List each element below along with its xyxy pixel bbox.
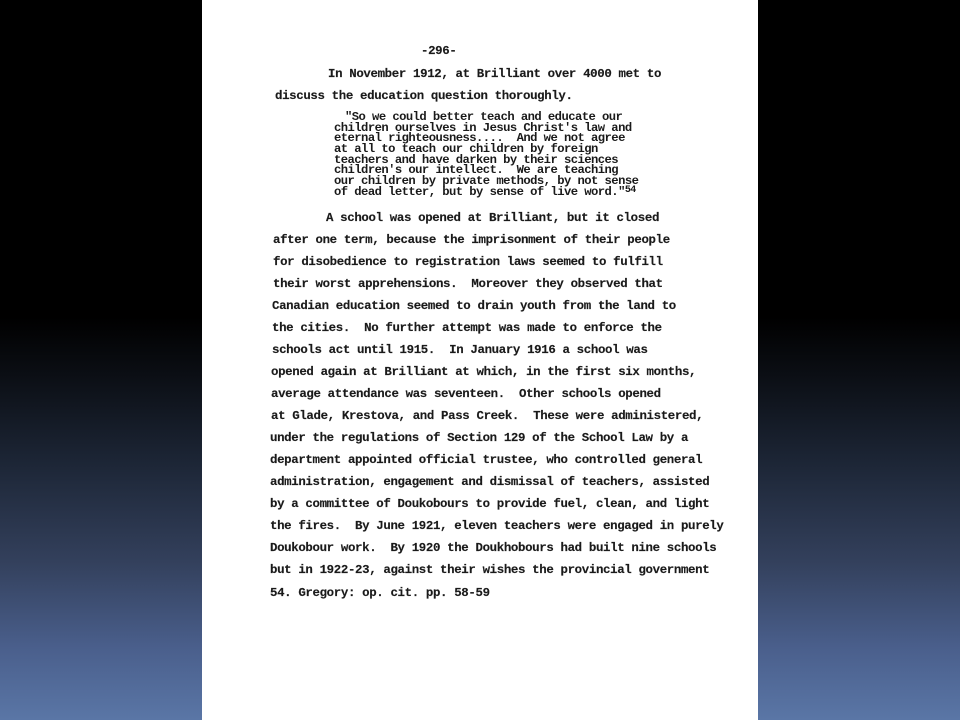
paragraph2-line: the fires. By June 1921, eleven teachers… [270, 519, 723, 533]
paragraph2-line: opened again at Brilliant at which, in t… [271, 365, 696, 379]
paragraph2-line: by a committee of Doukobours to provide … [270, 497, 709, 511]
quote-line: of dead letter, but by sense of live wor… [334, 186, 636, 198]
paragraph2-line: A school was opened at Brilliant, but it… [326, 211, 659, 225]
paragraph2-line: average attendance was seventeen. Other … [271, 387, 661, 401]
paragraph2-line: administration, engagement and dismissal… [270, 475, 709, 489]
paragraph2-line: for disobedience to registration laws se… [273, 255, 663, 269]
footnote: 54. Gregory: op. cit. pp. 58-59 [270, 586, 490, 600]
paragraph2-line: schools act until 1915. In January 1916 … [272, 343, 648, 357]
document-page: -296- In November 1912, at Brilliant ove… [202, 0, 758, 720]
quote-line-text: of dead letter, but by sense of live wor… [334, 185, 625, 199]
paragraph2-line: Canadian education seemed to drain youth… [272, 299, 676, 313]
paragraph2-line: Doukobour work. By 1920 the Doukhobours … [270, 541, 716, 555]
paragraph2-line: their worst apprehensions. Moreover they… [273, 277, 663, 291]
paragraph2-line: at Glade, Krestova, and Pass Creek. Thes… [271, 409, 703, 423]
paragraph2-line: under the regulations of Section 129 of … [270, 431, 688, 445]
page-number: -296- [421, 44, 456, 58]
paragraph2-line: department appointed official trustee, w… [270, 453, 702, 467]
paragraph2-line: but in 1922-23, against their wishes the… [270, 563, 709, 577]
paragraph2-line: the cities. No further attempt was made … [272, 321, 662, 335]
paragraph1-line: In November 1912, at Brilliant over 4000… [328, 67, 661, 81]
paragraph2-line: after one term, because the imprisonment… [273, 233, 670, 247]
footnote-reference: 54 [625, 185, 636, 196]
paragraph1-line: discuss the education question thoroughl… [275, 89, 573, 103]
